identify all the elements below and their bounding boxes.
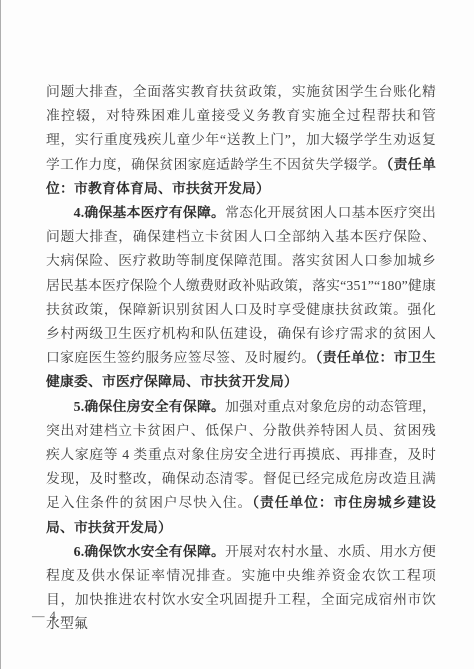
paragraph: 6.确保饮水安全有保障。开展对农村水量、水质、用水方便程度及供水保证率情况排查。… (46, 540, 436, 637)
page-left-edge (0, 0, 1, 669)
paragraph: 5.确保住房安全有保障。加强对重点对象危房的动态管理，突出对建档立卡贫困户、低保… (46, 395, 436, 540)
document-body: 问题大排查，全面落实教育扶贫政策，实施贫困学生台账化精准控辍，对特殊困难儿童接受… (46, 80, 436, 637)
page-number: — 4 — (32, 608, 75, 624)
body-text: 常态化开展贫困人口基本医疗突出问题大排查，确保建档立卡贫困人口全部纳入基本医疗保… (46, 205, 436, 365)
body-text: 加强对重点对象危房的动态管理，突出对建档立卡贫困户、低保户、分散供养特困人员、贫… (46, 399, 436, 511)
item-heading: 4.确保基本医疗有保障。 (74, 205, 225, 220)
body-text: 问题大排查，全面落实教育扶贫政策，实施贫困学生台账化精准控辍，对特殊困难儿童接受… (46, 84, 436, 172)
document-page: 问题大排查，全面落实教育扶贫政策，实施贫困学生台账化精准控辍，对特殊困难儿童接受… (0, 0, 474, 669)
item-heading: 6.确保饮水安全有保障。 (74, 544, 225, 559)
item-heading: 5.确保住房安全有保障。 (74, 399, 225, 414)
paragraph: 4.确保基本医疗有保障。常态化开展贫困人口基本医疗突出问题大排查，确保建档立卡贫… (46, 201, 436, 395)
paragraph: 问题大排查，全面落实教育扶贫政策，实施贫困学生台账化精准控辍，对特殊困难儿童接受… (46, 80, 436, 201)
